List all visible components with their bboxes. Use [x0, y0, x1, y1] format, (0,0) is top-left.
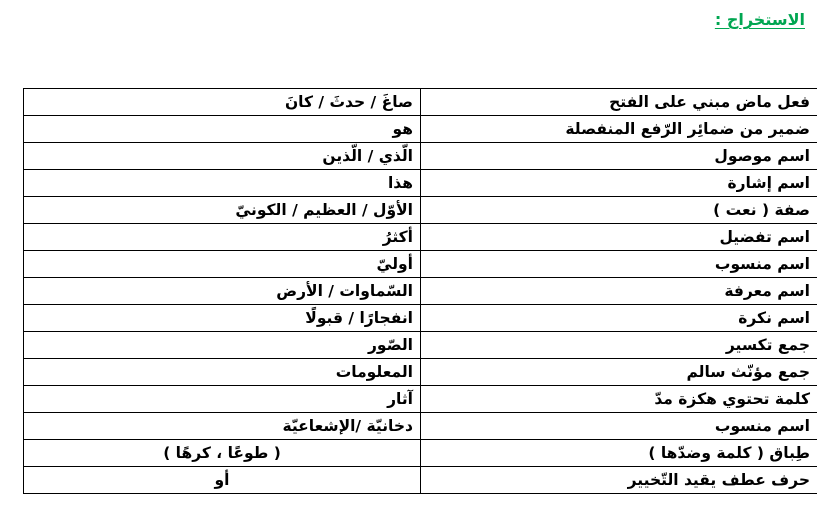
answer-cell: الّذي / الّذين — [24, 143, 421, 170]
category-cell: فعل ماض مبني على الفتح — [421, 89, 817, 116]
category-cell: اسم تفضيل — [421, 224, 817, 251]
table-row: اسم موصول الّذي / الّذين — [24, 143, 817, 170]
category-cell: اسم منسوب — [421, 413, 817, 440]
category-cell: جمع تكسير — [421, 332, 817, 359]
answer-cell: هو — [24, 116, 421, 143]
category-cell: صفة ( نعت ) — [421, 197, 817, 224]
answer-cell: المعلومات — [24, 359, 421, 386]
table-row: اسم إشارة هذا — [24, 170, 817, 197]
table-row: طِباق ( كلمة وضدّها ) ( طوعًا ، كرهًا ) — [24, 440, 817, 467]
section-heading: الاستخراج : — [715, 10, 805, 29]
category-cell: حرف عطف يقيد التّخيير — [421, 467, 817, 494]
category-cell: اسم معرفة — [421, 278, 817, 305]
table-body: فعل ماض مبني على الفتح صاغَ / حدثَ / كان… — [24, 89, 817, 494]
answer-cell: السّماوات / الأرض — [24, 278, 421, 305]
answer-cell: أكثرُ — [24, 224, 421, 251]
table-row: جمع تكسير الصّور — [24, 332, 817, 359]
category-cell: جمع مؤنّث سالم — [421, 359, 817, 386]
category-cell: ضمير من ضمائِر الرّفع المنفصلة — [421, 116, 817, 143]
table-row: فعل ماض مبني على الفتح صاغَ / حدثَ / كان… — [24, 89, 817, 116]
answer-cell: ( طوعًا ، كرهًا ) — [24, 440, 421, 467]
category-cell: اسم موصول — [421, 143, 817, 170]
answer-cell: الصّور — [24, 332, 421, 359]
table-row: اسم نكرة انفجارًا / قبولًا — [24, 305, 817, 332]
answer-cell: الأوّل / العظيم / الكونيّ — [24, 197, 421, 224]
table-row: جمع مؤنّث سالم المعلومات — [24, 359, 817, 386]
answer-cell: أوليّ — [24, 251, 421, 278]
answer-cell: انفجارًا / قبولًا — [24, 305, 421, 332]
category-cell: اسم إشارة — [421, 170, 817, 197]
answer-cell: أو — [24, 467, 421, 494]
category-cell: اسم منسوب — [421, 251, 817, 278]
answer-cell: دخانيّة /الإشعاعيّة — [24, 413, 421, 440]
table-row: صفة ( نعت ) الأوّل / العظيم / الكونيّ — [24, 197, 817, 224]
table-row: اسم منسوب أوليّ — [24, 251, 817, 278]
category-cell: كلمة تحتوي هكزة مدّ — [421, 386, 817, 413]
table-row: اسم منسوب دخانيّة /الإشعاعيّة — [24, 413, 817, 440]
answer-cell: آثار — [24, 386, 421, 413]
table-row: كلمة تحتوي هكزة مدّ آثار — [24, 386, 817, 413]
category-cell: اسم نكرة — [421, 305, 817, 332]
table-row: حرف عطف يقيد التّخيير أو — [24, 467, 817, 494]
table-row: ضمير من ضمائِر الرّفع المنفصلة هو — [24, 116, 817, 143]
extraction-table: فعل ماض مبني على الفتح صاغَ / حدثَ / كان… — [23, 88, 817, 494]
table-row: اسم تفضيل أكثرُ — [24, 224, 817, 251]
answer-cell: هذا — [24, 170, 421, 197]
table-row: اسم معرفة السّماوات / الأرض — [24, 278, 817, 305]
category-cell: طِباق ( كلمة وضدّها ) — [421, 440, 817, 467]
answer-cell: صاغَ / حدثَ / كانَ — [24, 89, 421, 116]
